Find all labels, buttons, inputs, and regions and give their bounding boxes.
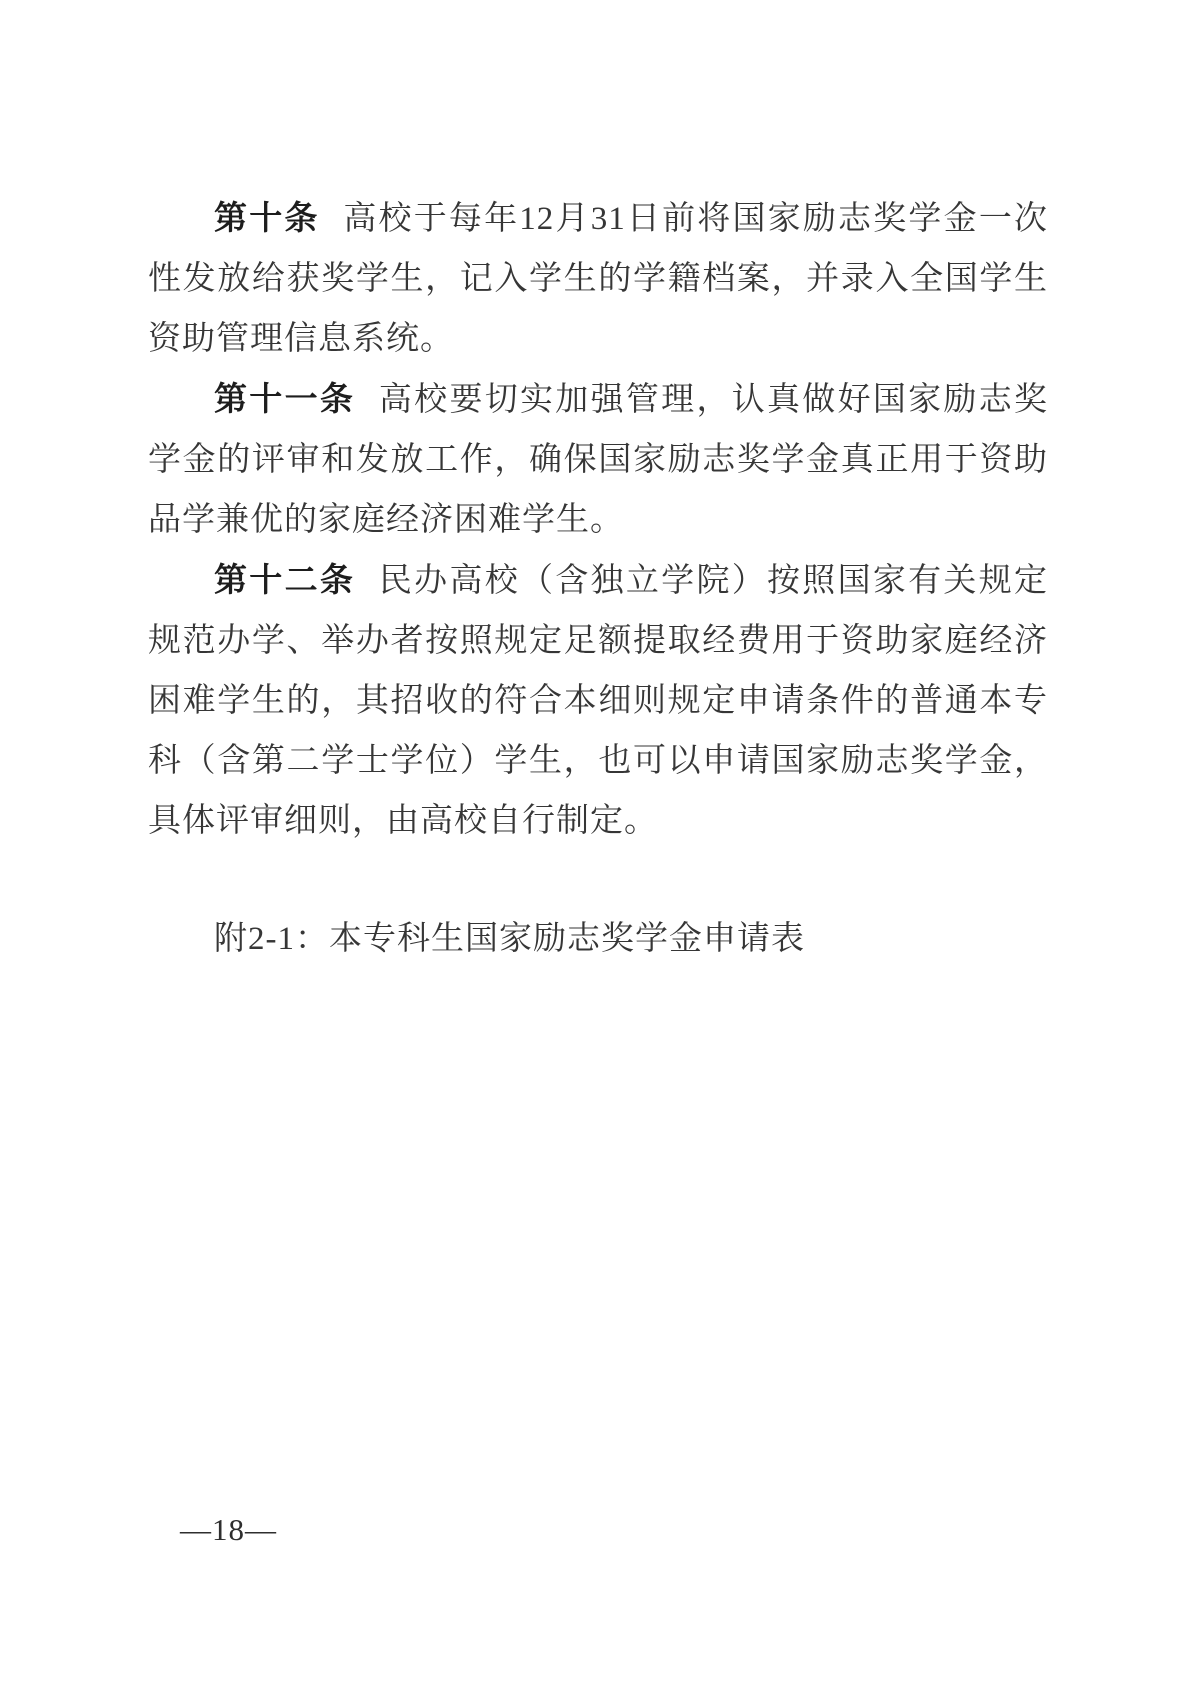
attachment-note: 附2-1：本专科生国家励志奖学金申请表 [148, 909, 1048, 969]
article-12-text: 民办高校（含独立学院）按照国家有关规定规范办学、举办者按照规定足额提取经费用于资… [148, 563, 1048, 839]
page-number: —18— [180, 1512, 277, 1548]
article-12-paragraph: 第十二条民办高校（含独立学院）按照国家有关规定规范办学、举办者按照规定足额提取经… [148, 550, 1048, 851]
article-11-paragraph: 第十一条高校要切实加强管理，认真做好国家励志奖学金的评审和发放工作，确保国家励志… [148, 369, 1048, 550]
article-10-paragraph: 第十条高校于每年12月31日前将国家励志奖学金一次性发放给获奖学生，记入学生的学… [148, 188, 1048, 369]
document-body: 第十条高校于每年12月31日前将国家励志奖学金一次性发放给获奖学生，记入学生的学… [148, 188, 1048, 969]
article-10-heading: 第十条 [214, 199, 343, 236]
article-11-heading: 第十一条 [214, 380, 379, 417]
article-12-heading: 第十二条 [214, 561, 379, 598]
document-page: 第十条高校于每年12月31日前将国家励志奖学金一次性发放给获奖学生，记入学生的学… [0, 0, 1200, 1694]
